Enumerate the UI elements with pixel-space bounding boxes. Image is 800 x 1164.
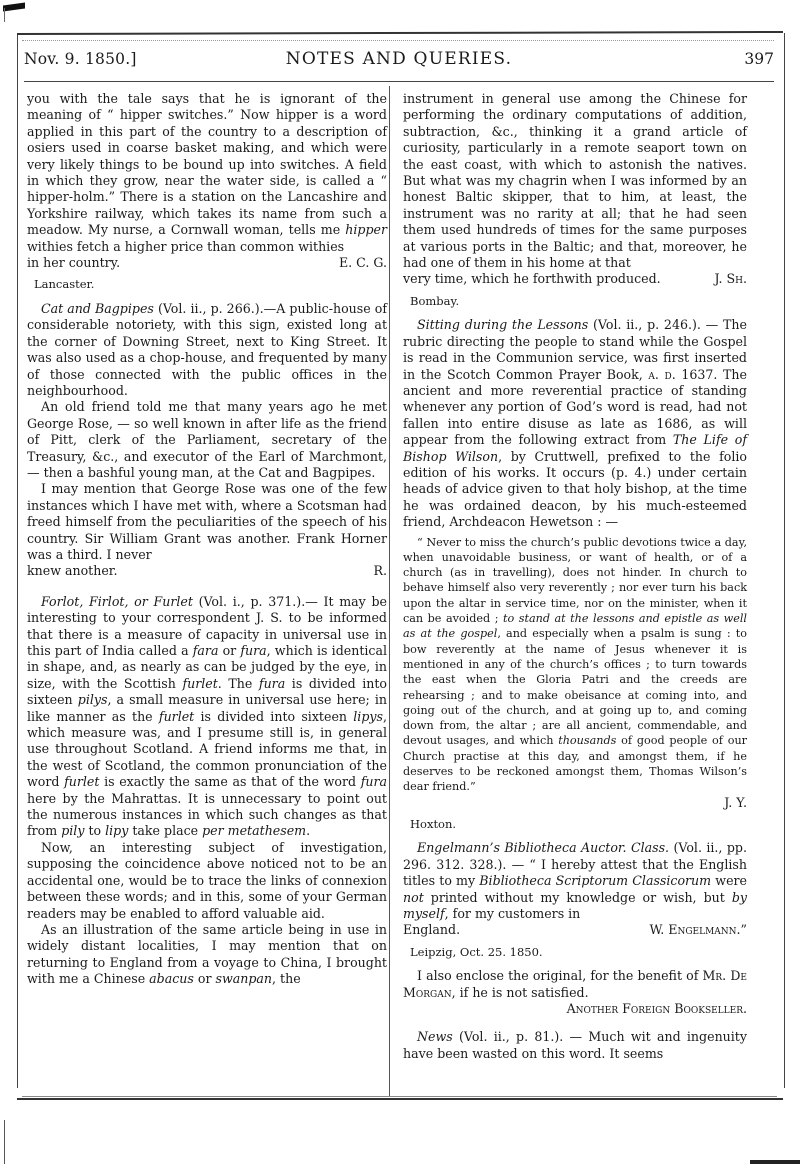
- journal-title: NOTES AND QUERIES.: [24, 49, 774, 69]
- entry-title: News: [417, 1029, 453, 1044]
- header-rule: [24, 81, 774, 82]
- left-column: you with the tale says that he is ignora…: [27, 91, 387, 988]
- cat-paragraph-2: An old friend told me that many years ag…: [27, 399, 387, 481]
- cat-and-bagpipes-entry: Cat and Bagpipes (Vol. ii., p. 266.).—A …: [27, 301, 387, 399]
- signature: E. C. G.: [339, 255, 387, 271]
- engelmann-entry: Engelmann’s Bibliotheca Auctor. Class. (…: [403, 840, 747, 922]
- forlot-entry: Forlot, Firlot, or Furlet (Vol. i., p. 3…: [27, 594, 387, 840]
- sitting-during-lessons-entry: Sitting during the Lessons (Vol. ii., p.…: [403, 317, 747, 530]
- corner-crop-mark-vertical: [4, 8, 5, 22]
- page-number: 397: [744, 50, 774, 68]
- entry-title: Forlot, Firlot, or Furlet: [41, 594, 193, 609]
- signature: J. Sh.: [714, 271, 747, 287]
- column-divider: [389, 86, 390, 1096]
- frame-bottom-inner-rule: [22, 1096, 777, 1097]
- signature: Another Foreign Bookseller.: [403, 1001, 747, 1017]
- corner-crop-mark: [3, 2, 25, 11]
- cat-signature-line: knew another.R.: [27, 563, 387, 579]
- signature: J. Y.: [403, 795, 747, 811]
- place-line: Hoxton.: [403, 816, 747, 832]
- forlot-paragraph-2: Now, an interesting subject of investiga…: [27, 840, 387, 922]
- frame-bottom-rule: [17, 1098, 783, 1100]
- news-entry: News (Vol. ii., p. 81.). — Much wit and …: [403, 1029, 747, 1062]
- page-edge-mark: [4, 1120, 5, 1164]
- running-header: Nov. 9. 1850.] NOTES AND QUERIES. 397: [24, 50, 774, 76]
- forlot-paragraph-3: As an illustration of the same article b…: [27, 922, 387, 988]
- abacus-signature-line: very time, which he forthwith produced.J…: [403, 271, 747, 287]
- right-column: instrument in general use among the Chin…: [403, 91, 747, 1062]
- cat-paragraph-3: I may mention that George Rose was one o…: [27, 481, 387, 563]
- signature: W. Engelmann.”: [650, 922, 747, 938]
- hipper-paragraph: you with the tale says that he is ignora…: [27, 91, 387, 255]
- entry-title: Engelmann’s Bibliotheca Auctor. Class.: [417, 840, 669, 855]
- frame-top-dotted-rule: [22, 40, 774, 41]
- abacus-continuation: instrument in general use among the Chin…: [403, 91, 747, 271]
- signature: R.: [374, 563, 388, 579]
- bottom-right-mark: [750, 1160, 800, 1164]
- place-line: Lancaster.: [27, 276, 387, 292]
- place-line: Leipzig, Oct. 25. 1850.: [403, 944, 747, 960]
- engelmann-signature-line: England.W. Engelmann.”: [403, 922, 747, 938]
- wilson-quotation: “ Never to miss the church’s public devo…: [403, 535, 747, 795]
- entry-title: Cat and Bagpipes: [41, 301, 154, 316]
- place-line: Bombay.: [403, 293, 747, 309]
- engelmann-paragraph-2: I also enclose the original, for the ben…: [403, 968, 747, 1001]
- entry-title: Sitting during the Lessons: [417, 317, 588, 332]
- hipper-signature-line: in her country.E. C. G.: [27, 255, 387, 271]
